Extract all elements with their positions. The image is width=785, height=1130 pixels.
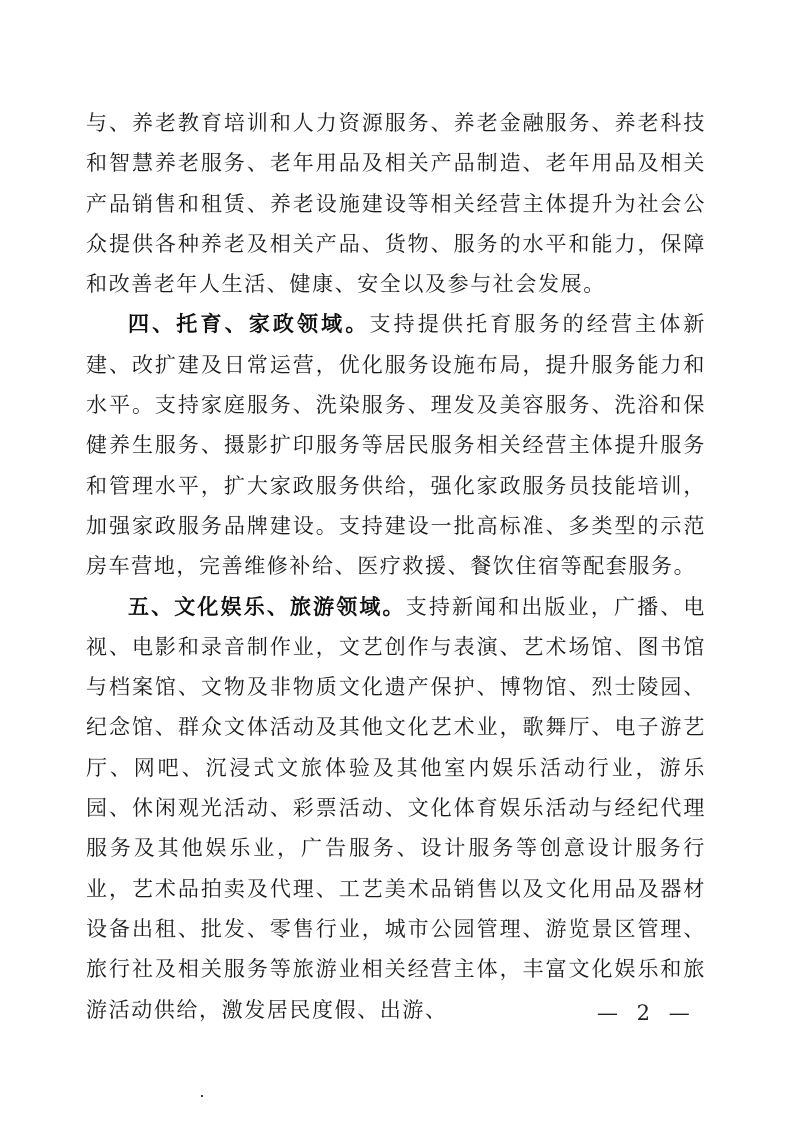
- paragraph-body: 支持新闻和出版业，广播、电视、电影和录音制作业，文艺创作与表演、艺术场馆、图书馆…: [86, 595, 706, 1022]
- paragraph-body: 支持提供托育服务的经营主体新建、改扩建及日常运营，优化服务设施布局，提升服务能力…: [86, 312, 706, 578]
- document-page: 与、养老教育培训和人力资源服务、养老金融服务、养老科技和智慧养老服务、老年用品及…: [0, 0, 785, 1130]
- section-heading-childcare: 四、托育、家政领域。: [128, 312, 369, 336]
- section-heading-culture-tourism: 五、文化娱乐、旅游领域。: [128, 595, 406, 619]
- paragraph-childcare-housekeeping: 四、托育、家政领域。支持提供托育服务的经营主体新建、改扩建及日常运营，优化服务设…: [86, 304, 706, 586]
- page-number: — 2 —: [597, 1001, 696, 1025]
- paragraph-culture-tourism: 五、文化娱乐、旅游领域。支持新闻和出版业，广播、电视、电影和录音制作业，文艺创作…: [86, 587, 706, 1030]
- paragraph-body: 与、养老教育培训和人力资源服务、养老金融服务、养老科技和智慧养老服务、老年用品及…: [86, 111, 706, 296]
- scan-speck: [201, 1095, 203, 1097]
- document-body: 与、养老教育培训和人力资源服务、养老金融服务、养老科技和智慧养老服务、老年用品及…: [86, 103, 706, 1030]
- paragraph-elderly-care-continued: 与、养老教育培训和人力资源服务、养老金融服务、养老科技和智慧养老服务、老年用品及…: [86, 103, 706, 304]
